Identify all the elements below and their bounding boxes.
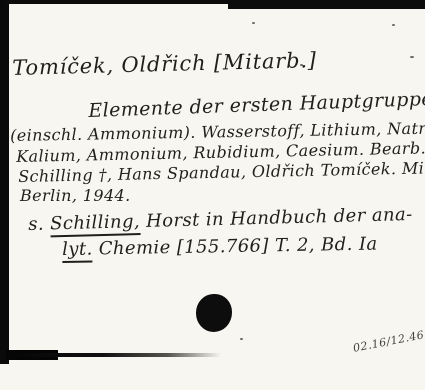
reference-line-1-rest: Horst in Handbuch der ana-	[140, 204, 413, 232]
punch-hole-mark	[196, 294, 232, 332]
title-line-1: Elemente der ersten Hauptgruppe	[88, 88, 425, 122]
catalog-card-scan: Tomíček, Oldřich [Mitarb.] Elemente der …	[0, 0, 425, 390]
reference-prefix: s.	[28, 213, 50, 235]
scan-noise-speck	[240, 338, 243, 340]
scan-noise-speck	[392, 24, 395, 26]
reference-name-underlined: Schilling,	[50, 211, 140, 237]
imprint-line: Berlin, 1944.	[20, 186, 131, 205]
accession-number: 02.16/12.46	[352, 328, 425, 355]
reference-line-2: lyt. Chemie [155.766] T. 2, Bd. Ia	[62, 233, 378, 260]
reference-line-2-underlined: lyt.	[62, 238, 93, 263]
scan-noise-speck	[252, 22, 255, 24]
reference-line-2-rest: Chemie [155.766] T. 2, Bd. Ia	[92, 233, 377, 259]
scan-edge-top-right	[228, 0, 425, 9]
card-bottom-edge-line	[6, 353, 221, 357]
scan-edge-left	[0, 0, 9, 364]
reference-line-1: s. Schilling, Horst in Handbuch der ana-	[28, 204, 413, 235]
author-heading: Tomíček, Oldřich [Mitarb.]	[12, 48, 317, 80]
scan-noise-speck	[410, 56, 414, 58]
